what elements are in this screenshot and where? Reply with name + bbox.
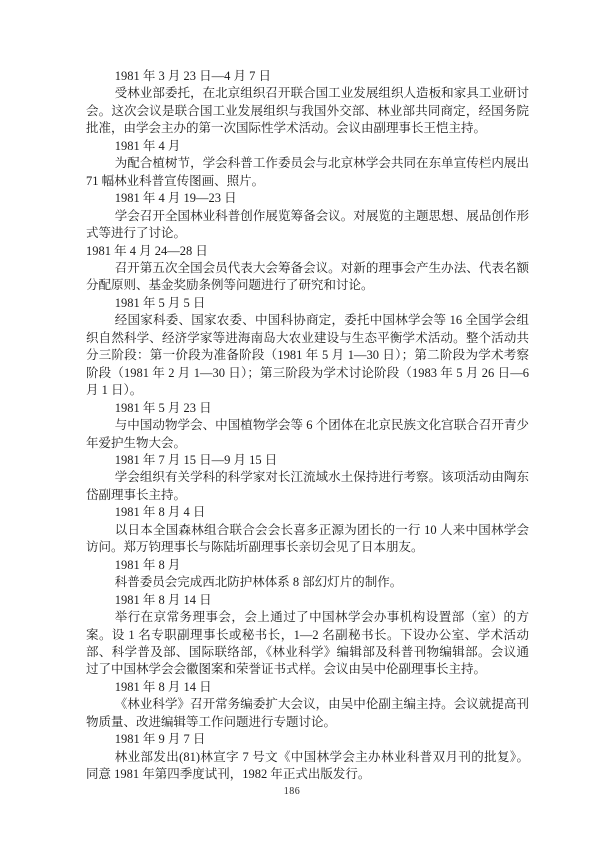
entry-text: 与中国动物学会、中国植物学会等 6 个团体在北京民族文化宫联合召开青少年爱护生物…: [86, 417, 529, 452]
chronicle-entry: 1981 年 5 月 23 日 与中国动物学会、中国植物学会等 6 个团体在北京…: [86, 400, 529, 452]
entry-date: 1981 年 3 月 23 日—4 月 7 日: [86, 68, 529, 85]
entry-text: 科普委员会完成西北防护林体系 8 部幻灯片的制作。: [86, 574, 529, 591]
chronicle-entry: 1981 年 7 月 15 日—9 月 15 日 学会组织有关学科的科学家对长江…: [86, 452, 529, 504]
chronicle-entry: 1981 年 8 月 4 日 以日本全国森林组合联合会会长喜多正源为团长的一行 …: [86, 504, 529, 556]
entry-date: 1981 年 8 月 14 日: [86, 679, 529, 696]
chronicle-entry: 1981 年 4 月 24—28 日 召开第五次全国会员代表大会筹备会议。对新的…: [86, 243, 529, 295]
entry-date: 1981 年 8 月: [86, 557, 529, 574]
entry-text: 以日本全国森林组合联合会会长喜多正源为团长的一行 10 人来中国林学会访问。郑万…: [86, 522, 529, 557]
document-page: 1981 年 3 月 23 日—4 月 7 日 受林业部委托，在北京组织召开联合…: [0, 0, 600, 848]
page-number: 186: [0, 786, 584, 797]
entry-date: 1981 年 9 月 7 日: [86, 731, 529, 748]
entry-text: 学会召开全国林业科普创作展览筹备会议。对展览的主题思想、展品创作形式等进行了讨论…: [86, 208, 529, 243]
chronicle-entry: 1981 年 4 月 为配合植树节，学会科普工作委员会与北京林学会共同在东单宣传…: [86, 138, 529, 190]
chronicle-entry: 1981 年 5 月 5 日 经国家科委、国家农委、中国科协商定，委托中国林学会…: [86, 295, 529, 400]
entry-text: 举行在京常务理事会，会上通过了中国林学会办事机构设置部（室）的方案。设 1 名专…: [86, 609, 529, 679]
entry-date: 1981 年 7 月 15 日—9 月 15 日: [86, 452, 529, 469]
chronicle-entry: 1981 年 4 月 19—23 日 学会召开全国林业科普创作展览筹备会议。对展…: [86, 190, 529, 242]
entry-text: 召开第五次全国会员代表大会筹备会议。对新的理事会产生办法、代表名额分配原则、基金…: [86, 260, 529, 295]
entry-date: 1981 年 5 月 5 日: [86, 295, 529, 312]
chronicle-entry: 1981 年 3 月 23 日—4 月 7 日 受林业部委托，在北京组织召开联合…: [86, 68, 529, 138]
entry-date: 1981 年 8 月 14 日: [86, 592, 529, 609]
chronicle-entry: 1981 年 8 月 科普委员会完成西北防护林体系 8 部幻灯片的制作。: [86, 557, 529, 592]
chronicle-entry: 1981 年 9 月 7 日 林业部发出(81)林宣字 7 号文《中国林学会主办…: [86, 731, 529, 783]
entry-date: 1981 年 8 月 4 日: [86, 504, 529, 521]
chronicle-entries: 1981 年 3 月 23 日—4 月 7 日 受林业部委托，在北京组织召开联合…: [86, 68, 529, 784]
entry-text: 林业部发出(81)林宣字 7 号文《中国林学会主办林业科普双月刊的批复》。同意 …: [86, 749, 529, 784]
chronicle-entry: 1981 年 8 月 14 日 《林业科学》召开常务编委扩大会议，由吴中伦副主编…: [86, 679, 529, 731]
entry-text: 经国家科委、国家农委、中国科协商定，委托中国林学会等 16 全国学会组织自然科学…: [86, 312, 529, 399]
chronicle-entry: 1981 年 8 月 14 日 举行在京常务理事会，会上通过了中国林学会办事机构…: [86, 592, 529, 679]
entry-date: 1981 年 4 月: [86, 138, 529, 155]
entry-date: 1981 年 4 月 19—23 日: [86, 190, 529, 207]
entry-date: 1981 年 5 月 23 日: [86, 400, 529, 417]
entry-date: 1981 年 4 月 24—28 日: [86, 243, 529, 260]
entry-text: 受林业部委托，在北京组织召开联合国工业发展组织人造板和家具工业研讨会。这次会议是…: [86, 85, 529, 137]
entry-text: 《林业科学》召开常务编委扩大会议，由吴中伦副主编主持。会议就提高刊物质量、改进编…: [86, 696, 529, 731]
entry-text: 为配合植树节，学会科普工作委员会与北京林学会共同在东单宣传栏内展出 71 幅林业…: [86, 155, 529, 190]
entry-text: 学会组织有关学科的科学家对长江流域水土保持进行考察。该项活动由陶东岱副理事长主持…: [86, 469, 529, 504]
